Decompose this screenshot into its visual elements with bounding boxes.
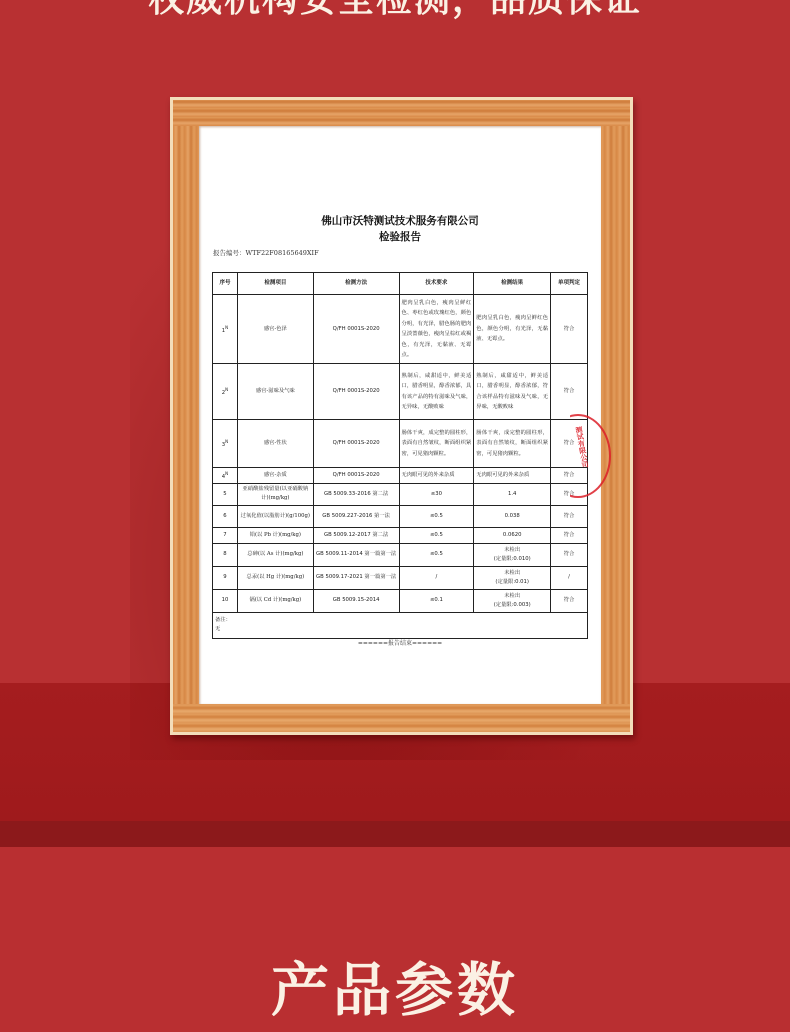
- verdict: 符合: [551, 295, 588, 364]
- row-mark: N: [225, 325, 228, 330]
- row-number-value: 7: [223, 532, 226, 538]
- test-item: 总砷(以 As 计)(mg/kg): [237, 543, 313, 566]
- test-method: Q/FH 0001S-2020: [313, 468, 399, 484]
- technical-requirement: ≤0.5: [399, 527, 474, 543]
- top-banner-title: 权威机构安全检测，品质保证: [0, 0, 790, 22]
- remarks-value: 无: [215, 625, 585, 634]
- technical-requirement: 熟制后，咸甜适中，鲜美适口，腊香明显，醇香浓郁，具有该产品的特有滋味及气味，无异…: [399, 364, 474, 420]
- test-method: GB 5009.17-2021 第一篇第一法: [313, 566, 399, 589]
- technical-requirement: 肥肉呈乳白色，瘦肉呈鲜红色、枣红色或玫瑰红色，颜色分明，有光泽，腊色肠的肥肉呈淡…: [399, 295, 474, 364]
- report-number-label: 报告编号：: [213, 249, 246, 257]
- row-number: 6: [213, 505, 238, 527]
- technical-requirement: 无肉眼可见的外来杂质: [399, 468, 474, 484]
- test-item: 总汞(以 Hg 计)(mg/kg): [237, 566, 313, 589]
- test-result: 肥肉呈乳白色，瘦肉呈鲜红色色，颜色分明，有光泽，无黏液、无霉点。: [474, 295, 551, 364]
- test-result: 熟制后，咸甜适中，鲜美适口，腊香明显，醇香浓郁，符合该样品特有滋味及气味，无异味…: [474, 364, 551, 420]
- table-header-row: 序号检测项目检测方法技术要求检测结果单项判定: [213, 273, 588, 295]
- test-method: GB 5009.227-2016 第一法: [313, 505, 399, 527]
- table-row: 10镉(以 Cd 计)(mg/kg)GB 5009.15-2014≤0.1未检出…: [213, 589, 588, 612]
- row-number: 8: [213, 543, 238, 566]
- test-result: 未检出 (定量限:0.003): [474, 589, 551, 612]
- row-number: 10: [213, 589, 238, 612]
- report-number: 报告编号：WTF22F08165649XIF: [213, 248, 319, 257]
- test-result: 肠体干爽，成完整的圆柱形，表面有自然皱纹，断面组织紧密，可见猪肉颗粒。: [474, 420, 551, 468]
- technical-requirement: ≤0.1: [399, 589, 474, 612]
- company-name: 佛山市沃特测试技术服务有限公司: [199, 213, 601, 228]
- row-number: 5: [213, 483, 238, 505]
- report-number-value: WTF22F08165649XIF: [246, 249, 319, 257]
- test-item: 感官-杂质: [237, 468, 313, 484]
- test-result: 1.4: [474, 483, 551, 505]
- header-no: 序号: [213, 273, 238, 295]
- remarks-row: 备注：无: [213, 612, 588, 638]
- header-result: 检测结果: [474, 273, 551, 295]
- test-method: GB 5009.33-2016 第二法: [313, 483, 399, 505]
- row-number: 1N: [213, 295, 238, 364]
- table-row: 2N感官-滋味及气味Q/FH 0001S-2020熟制后，咸甜适中，鲜美适口，腊…: [213, 364, 588, 420]
- row-number: 4N: [213, 468, 238, 484]
- table-row: 4N感官-杂质Q/FH 0001S-2020无肉眼可见的外来杂质无肉眼可见的外来…: [213, 468, 588, 484]
- wood-frame-border: 佛山市沃特测试技术服务有限公司 检验报告 报告编号：WTF22F08165649…: [173, 100, 630, 732]
- row-mark: N: [225, 387, 228, 392]
- header-item: 检测项目: [237, 273, 313, 295]
- row-number-value: 5: [223, 491, 226, 497]
- shelf-edge: [0, 821, 790, 847]
- test-item: 感官-性状: [237, 420, 313, 468]
- table-row: 7铅(以 Pb 计)(mg/kg)GB 5009.12-2017 第二法≤0.5…: [213, 527, 588, 543]
- remarks-label: 备注：: [215, 616, 585, 625]
- inspection-report-document: 佛山市沃特测试技术服务有限公司 检验报告 报告编号：WTF22F08165649…: [199, 126, 601, 704]
- test-method: Q/FH 0001S-2020: [313, 295, 399, 364]
- row-number: 9: [213, 566, 238, 589]
- table-row: 1N感官-色泽Q/FH 0001S-2020肥肉呈乳白色，瘦肉呈鲜红色、枣红色或…: [213, 295, 588, 364]
- test-result: 0.0620: [474, 527, 551, 543]
- test-method: Q/FH 0001S-2020: [313, 364, 399, 420]
- test-result: 无肉眼可见的外来杂质: [474, 468, 551, 484]
- test-item: 感官-色泽: [237, 295, 313, 364]
- row-number-value: 9: [223, 574, 226, 580]
- report-title: 检验报告: [199, 229, 601, 244]
- test-method: Q/FH 0001S-2020: [313, 420, 399, 468]
- verdict: 符合: [551, 589, 588, 612]
- verdict: 符合: [551, 505, 588, 527]
- verdict: 符合: [551, 364, 588, 420]
- header-requirement: 技术要求: [399, 273, 474, 295]
- test-method: GB 5009.11-2014 第一篇第一法: [313, 543, 399, 566]
- technical-requirement: /: [399, 566, 474, 589]
- technical-requirement: ≤0.5: [399, 543, 474, 566]
- header-verdict: 单项判定: [551, 273, 588, 295]
- test-item: 过氧化值(以脂肪计)(g/100g): [237, 505, 313, 527]
- test-result: 0.038: [474, 505, 551, 527]
- table-row: 8总砷(以 As 计)(mg/kg)GB 5009.11-2014 第一篇第一法…: [213, 543, 588, 566]
- header-method: 检测方法: [313, 273, 399, 295]
- table-row: 9总汞(以 Hg 计)(mg/kg)GB 5009.17-2021 第一篇第一法…: [213, 566, 588, 589]
- table-row: 5亚硝酸盐残留量(以亚硝酸钠计)(mg/kg)GB 5009.33-2016 第…: [213, 483, 588, 505]
- row-number-value: 10: [222, 597, 229, 603]
- row-number: 3N: [213, 420, 238, 468]
- row-mark: N: [225, 471, 228, 476]
- stamp-text: 测试有限公司: [573, 425, 590, 468]
- technical-requirement: 肠体干爽，成完整的圆柱形，表面有自然皱纹，断面组织紧密，可见猪肉颗粒。: [399, 420, 474, 468]
- report-end-marker: ======报告结束======: [199, 638, 601, 647]
- product-params-title: 产品参数: [0, 955, 790, 1025]
- technical-requirement: ≤30: [399, 483, 474, 505]
- verdict: /: [551, 566, 588, 589]
- test-item: 感官-滋味及气味: [237, 364, 313, 420]
- verdict: 符合: [551, 543, 588, 566]
- remarks-cell: 备注：无: [213, 612, 588, 638]
- row-number-value: 8: [223, 551, 226, 557]
- inspection-table: 序号检测项目检测方法技术要求检测结果单项判定 1N感官-色泽Q/FH 0001S…: [212, 272, 588, 639]
- test-item: 镉(以 Cd 计)(mg/kg): [237, 589, 313, 612]
- row-number: 2N: [213, 364, 238, 420]
- test-item: 亚硝酸盐残留量(以亚硝酸钠计)(mg/kg): [237, 483, 313, 505]
- picture-frame: 佛山市沃特测试技术服务有限公司 检验报告 报告编号：WTF22F08165649…: [170, 97, 633, 735]
- test-item: 铅(以 Pb 计)(mg/kg): [237, 527, 313, 543]
- row-number: 7: [213, 527, 238, 543]
- row-mark: N: [225, 439, 228, 444]
- verdict: 符合: [551, 527, 588, 543]
- test-method: GB 5009.12-2017 第二法: [313, 527, 399, 543]
- row-number-value: 6: [223, 513, 226, 519]
- test-result: 未检出 (定量限:0.01): [474, 566, 551, 589]
- table-row: 6过氧化值(以脂肪计)(g/100g)GB 5009.227-2016 第一法≤…: [213, 505, 588, 527]
- table-row: 3N感官-性状Q/FH 0001S-2020肠体干爽，成完整的圆柱形，表面有自然…: [213, 420, 588, 468]
- test-result: 未检出 (定量限:0.010): [474, 543, 551, 566]
- test-method: GB 5009.15-2014: [313, 589, 399, 612]
- technical-requirement: ≤0.5: [399, 505, 474, 527]
